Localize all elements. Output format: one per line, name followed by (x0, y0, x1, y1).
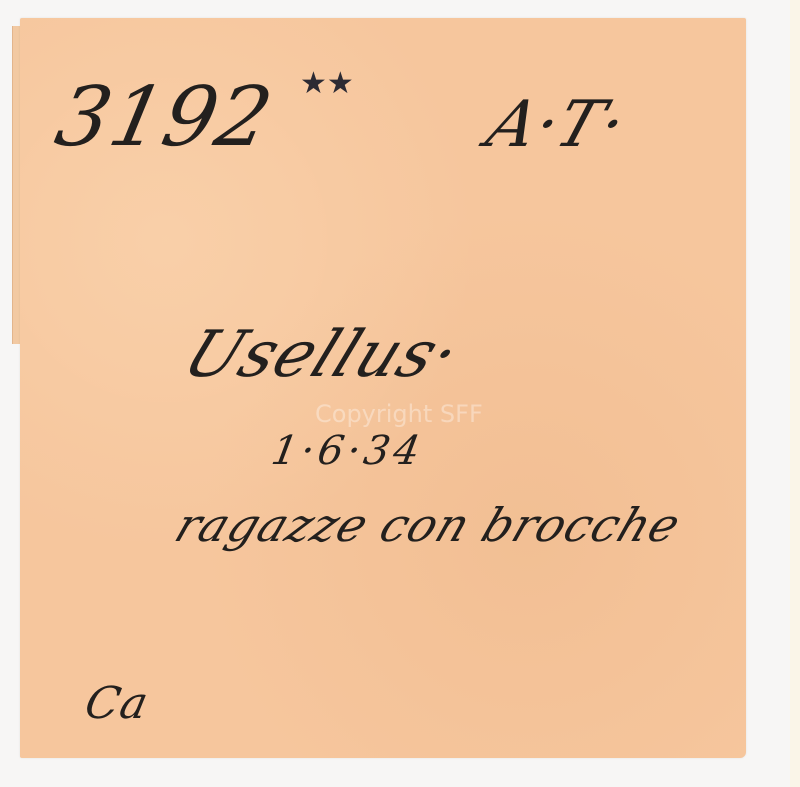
archive-label-card: 3192 ★★ A·T· Usellus· 1·6·34 ragazze con… (20, 18, 746, 758)
copyright-watermark: Copyright SFF (315, 400, 483, 428)
corner-mark: Ca (81, 678, 154, 729)
date: 1·6·34 (268, 428, 427, 474)
caption: ragazze con brocche (168, 498, 688, 552)
adjacent-paper-edge (790, 0, 800, 787)
star-marks-icon: ★★ (300, 66, 354, 101)
catalog-number: 3192 (48, 70, 281, 165)
place-name: Usellus· (173, 318, 471, 392)
author-initials: A·T· (478, 88, 636, 162)
